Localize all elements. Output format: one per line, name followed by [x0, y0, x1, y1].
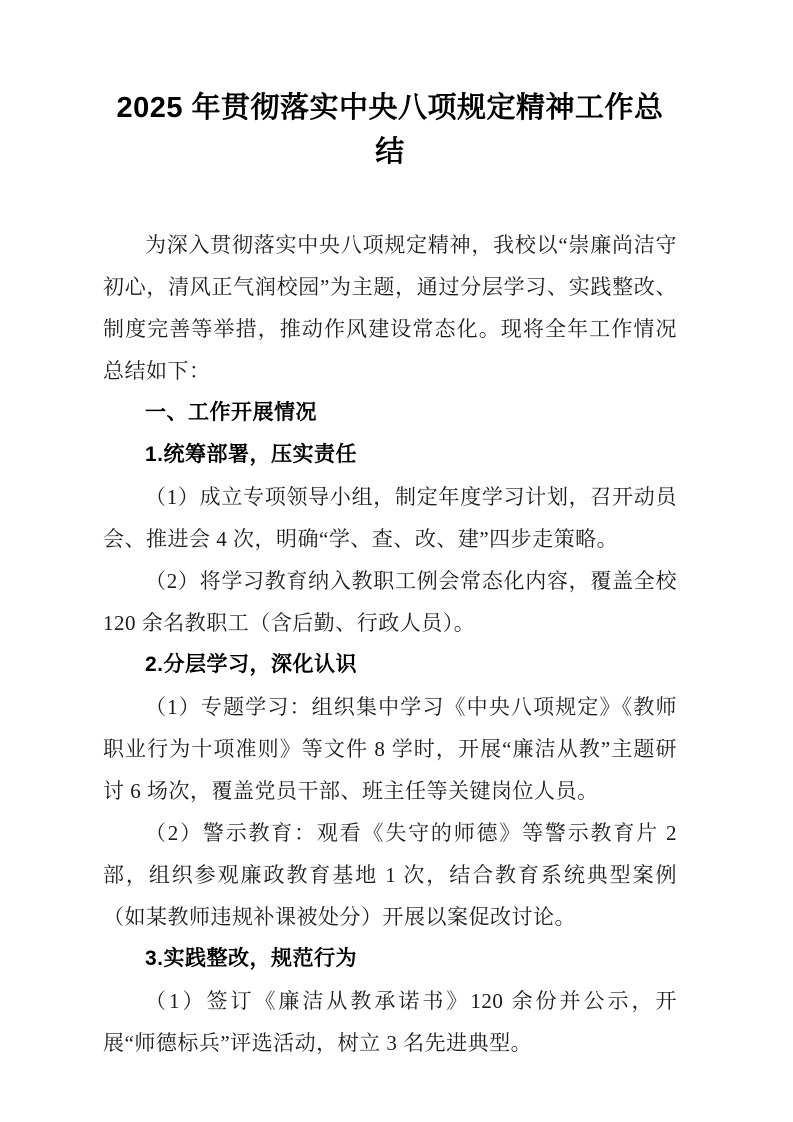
heading-subsection-1: 1.统筹部署，压实责任: [103, 434, 677, 476]
heading-subsection-3: 3.实践整改，规范行为: [103, 938, 677, 980]
paragraph-sub2-item1: （1）专题学习：组织集中学习《中央八项规定》《教师职业行为十项准则》等文件 8 …: [103, 686, 677, 812]
paragraph-sub2-item2: （2）警示教育：观看《失守的师德》等警示教育片 2 部，组织参观廉政教育基地 1…: [103, 812, 677, 938]
document-title: 2025 年贯彻落实中央八项规定精神工作总结: [103, 86, 677, 174]
heading-subsection-2: 2.分层学习，深化认识: [103, 644, 677, 686]
document-page: 2025 年贯彻落实中央八项规定精神工作总结 为深入贯彻落实中央八项规定精神，我…: [0, 0, 793, 1122]
heading-section-1: 一、工作开展情况: [103, 392, 677, 434]
paragraph-sub3-item1: （1）签订《廉洁从教承诺书》120 余份并公示，开展“师德标兵”评选活动，树立 …: [103, 980, 677, 1064]
intro-paragraph: 为深入贯彻落实中央八项规定精神，我校以“崇廉尚洁守初心，清风正气润校园”为主题，…: [103, 224, 677, 392]
paragraph-sub1-item1: （1）成立专项领导小组，制定年度学习计划，召开动员会、推进会 4 次，明确“学、…: [103, 476, 677, 560]
paragraph-sub1-item2: （2）将学习教育纳入教职工例会常态化内容，覆盖全校 120 余名教职工（含后勤、…: [103, 560, 677, 644]
